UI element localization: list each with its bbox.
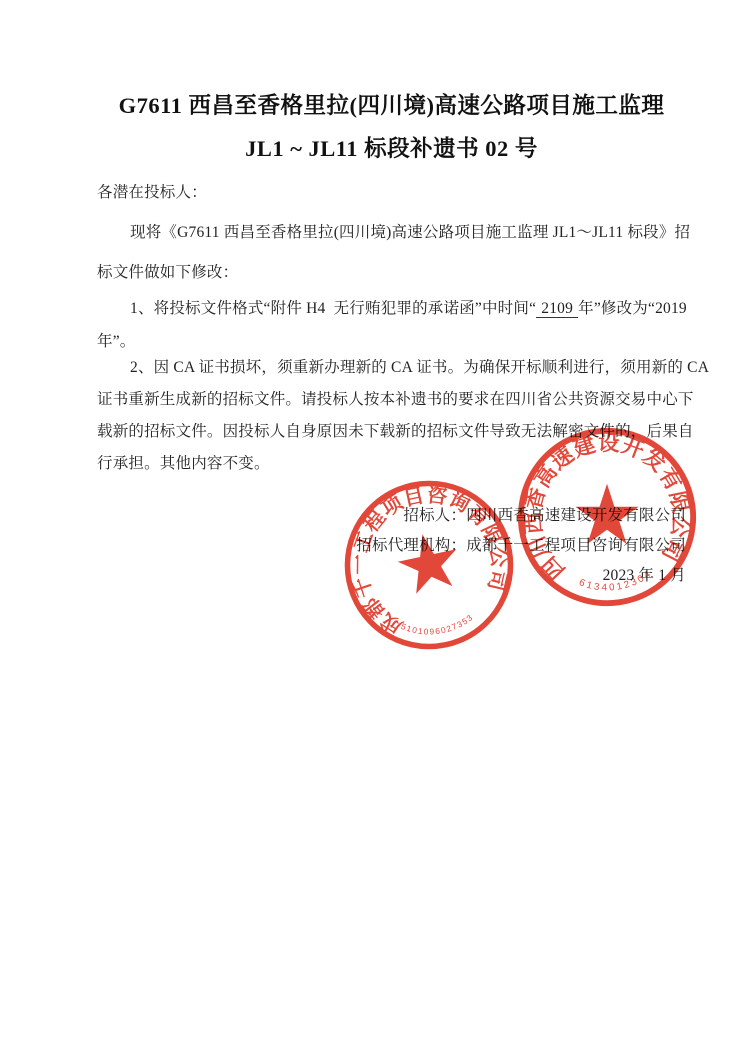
item-1-underlined-value: 2109 [536,300,578,318]
item-1-text-after: 年”修改为“2019 [578,300,687,317]
document-title-line-2: JL1 ~ JL11 标段补遗书 02 号 [97,139,686,159]
seal-icon: 成都千一工程项目咨询有限公司 5101096027353 [341,477,517,653]
item-1-line-1: 1、将投标文件格式“附件 H4 无行贿犯罪的承诺函”中时间“ 2109 年”修改… [97,299,686,319]
document-page: G7611 西昌至香格里拉(四川境)高速公路项目施工监理 JL1 ~ JL11 … [0,0,750,1060]
document-title-line-1: G7611 西昌至香格里拉(四川境)高速公路项目施工监理 [97,96,686,116]
star-icon [393,528,463,596]
seal-icon: 四川西香高速建设开发有限公司 6134012304 [514,424,700,610]
paragraph-1-line-2: 标文件做如下修改： [97,263,686,283]
company-seal-tenderer: 四川西香高速建设开发有限公司 6134012304 [514,424,700,610]
item-2-line-2: 证书重新生成新的招标文件。请投标人按本补遗书的要求在四川省公共资源交易中心下 [97,390,686,410]
item-1-line-2: 年”。 [97,332,686,352]
paragraph-1-line-1: 现将《G7611 西昌至香格里拉(四川境)高速公路项目施工监理 JL1～JL11… [97,223,686,243]
item-2-line-1: 2、因 CA 证书损坏，须重新办理新的 CA 证书。为确保开标顺利进行，须用新的… [97,358,686,378]
item-1-text-before: 1、将投标文件格式“附件 H4 无行贿犯罪的承诺函”中时间“ [130,300,536,317]
star-icon [575,484,638,544]
salutation: 各潜在投标人： [97,183,686,203]
company-seal-agency: 成都千一工程项目咨询有限公司 5101096027353 [341,477,517,653]
